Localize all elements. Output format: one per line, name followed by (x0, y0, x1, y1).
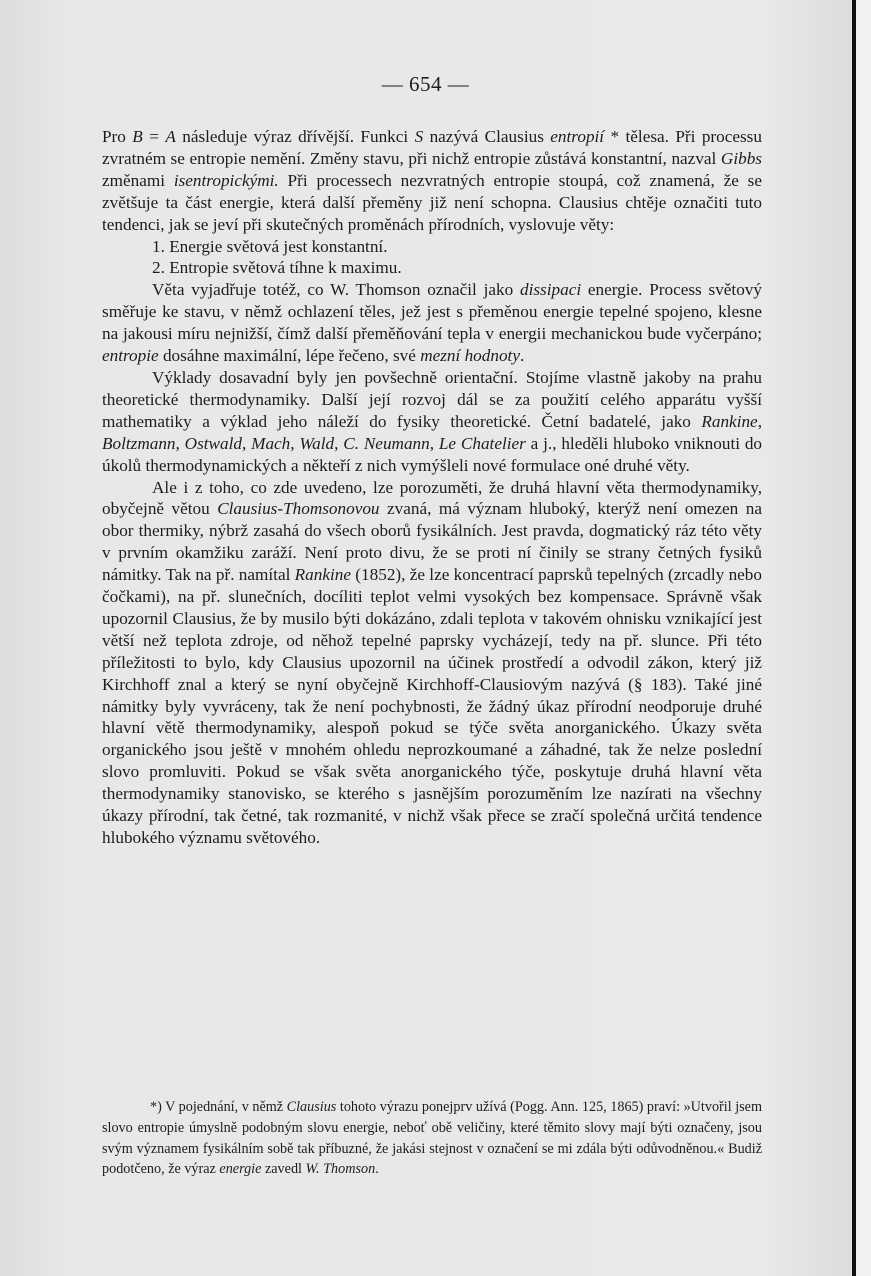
italic-term: entropií (550, 127, 604, 146)
text-run: . (375, 1161, 379, 1177)
italic-term: Boltzmann (102, 434, 176, 453)
text-run: změnami (102, 171, 174, 190)
text-run: Věta vyjadřuje totéž, co W. Thomson ozna… (152, 280, 520, 299)
book-page: — 654 — Pro B = A následuje výraz dřívěj… (0, 0, 851, 1276)
text-run: Výklady dosavadní byly jen povšechně ori… (102, 368, 762, 431)
paragraph: Věta vyjadřuje totéž, co W. Thomson ozna… (102, 279, 762, 367)
text-run: , (758, 412, 762, 431)
text-run: , (242, 434, 251, 453)
italic-term: Rankine (295, 565, 351, 584)
page-number: — 654 — (0, 72, 851, 97)
italic-term: Clausius-Thomsonovou (217, 499, 379, 518)
italic-term: A (165, 127, 176, 146)
text-run: zavedl (261, 1161, 305, 1177)
italic-term: entropie (102, 346, 159, 365)
italic-term: mezní hodnoty (420, 346, 520, 365)
text-run: , (430, 434, 439, 453)
main-text: Pro B = A následuje výraz dřívější. Funk… (102, 126, 762, 849)
italic-term: S (415, 127, 424, 146)
paragraph: Výklady dosavadní byly jen povšechně ori… (102, 367, 762, 477)
text-run: 2. Entropie světová tíhne k maximu. (152, 258, 402, 277)
italic-term: Mach (251, 434, 290, 453)
footnote-paragraph: *) V pojednání, v němž Clausius tohoto v… (102, 1097, 762, 1180)
italic-term: C. Neumann (343, 434, 429, 453)
italic-term: Rankine (701, 412, 757, 431)
text-run: dosáhne maximální, lépe řečeno, své (159, 346, 421, 365)
paragraph: Pro B = A následuje výraz dřívější. Funk… (102, 126, 762, 236)
text-run: , (334, 434, 343, 453)
italic-term: B (132, 127, 143, 146)
text-run: nazývá Clausius (423, 127, 550, 146)
footnote: *) V pojednání, v němž Clausius tohoto v… (102, 1097, 762, 1180)
numbered-statement: 1. Energie světová jest konstantní. (102, 236, 762, 258)
paragraph: Ale i z toho, co zde uvedeno, lze porozu… (102, 477, 762, 849)
numbered-statement: 2. Entropie světová tíhne k maximu. (102, 257, 762, 279)
italic-term: dissipaci (520, 280, 581, 299)
italic-term: W. Thomson (306, 1161, 376, 1177)
text-run: . (520, 346, 524, 365)
italic-term: Le Chatelier (439, 434, 526, 453)
italic-term: Ostwald (185, 434, 242, 453)
text-run: (1852), že lze koncentrací paprsků tepel… (102, 565, 762, 847)
text-run: Pro (102, 127, 132, 146)
italic-term: Clausius (287, 1099, 337, 1115)
text-run: 1. Energie světová jest konstantní. (152, 237, 388, 256)
text-run: , (176, 434, 185, 453)
text-run: *) V pojednání, v němž (150, 1099, 287, 1115)
italic-term: Wald (299, 434, 334, 453)
text-run: následuje výraz dřívější. Funkci (176, 127, 415, 146)
next-page-margin (856, 0, 871, 1276)
text-run: = (143, 127, 166, 146)
italic-term: energie (219, 1161, 261, 1177)
italic-term: isentropickými. (174, 171, 279, 190)
italic-term: Gibbs (721, 149, 762, 168)
